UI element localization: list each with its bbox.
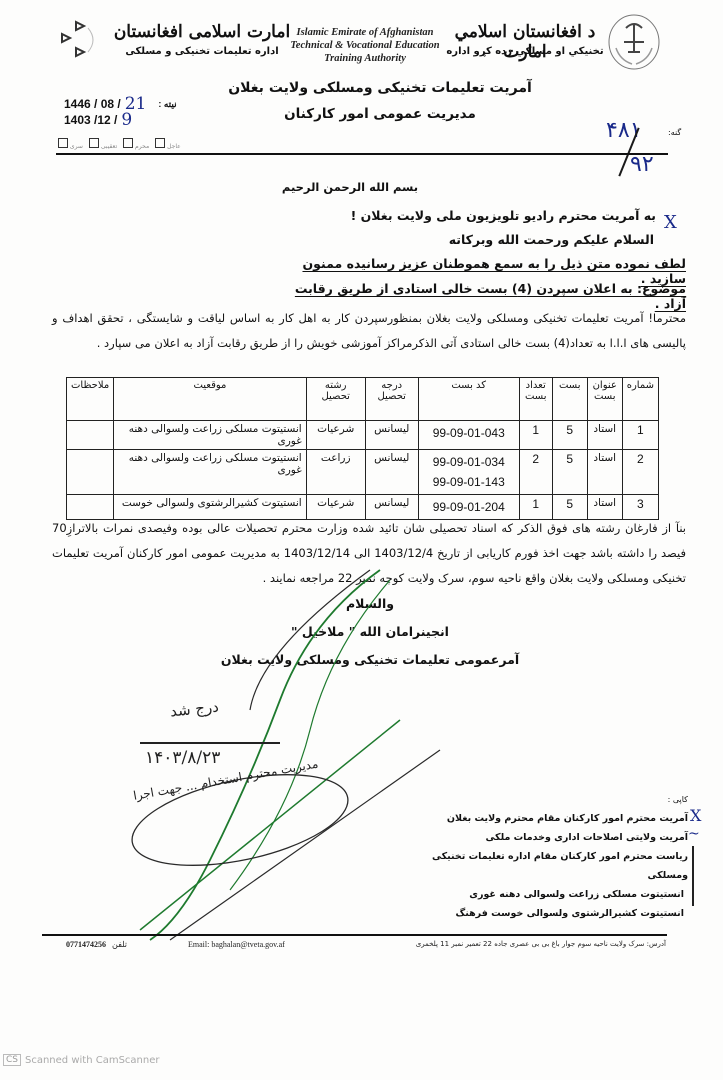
date-hijri-qamari: 1446 / 08 / xyxy=(64,96,121,112)
copy-to-item: آمریت محترم امور کارکنان مقام محترم ولای… xyxy=(398,809,688,828)
checkbox-urgent[interactable]: عاجل xyxy=(155,138,181,150)
col-field: رشته تحصیل xyxy=(306,378,365,421)
col-grade: بست xyxy=(552,378,587,421)
number-label: گنه: xyxy=(668,128,681,137)
copy-check-mark: ~ xyxy=(688,826,700,842)
copy-to-list: کاپی : آمریت محترم امور کارکنان مقام محت… xyxy=(398,790,688,923)
col-post-code: کد بست xyxy=(418,378,519,421)
intro-paragraph: محترما! آمریت تعلیمات تخنیکی ومسلکی ولای… xyxy=(52,306,686,356)
date-hijri-shamsi: 1403 /12 / xyxy=(64,112,117,128)
header-divider xyxy=(56,153,668,155)
camscanner-icon: CS xyxy=(3,1054,21,1066)
col-degree: درجه تحصیل xyxy=(365,378,418,421)
greeting: السلام علیکم ورحمت الله وبرکاته xyxy=(280,232,654,247)
date-handwritten-day-2: 9 xyxy=(121,112,132,128)
addressee: به آمریت محترم رادیو تلویزیون ملی ولایت … xyxy=(280,208,656,223)
header-right-subtitle: تخنیکي او مسلکي زده کړو اداره xyxy=(440,46,610,57)
checkbox-followup[interactable]: تعقیبی xyxy=(89,138,117,150)
date-label: نیته : xyxy=(158,96,176,112)
camscanner-watermark: CS Scanned with CamScanner xyxy=(3,1054,160,1066)
office-title: آمریت تعلیمات تخنیکی ومسلکی ولایت بغلان xyxy=(160,80,600,96)
footer-phone: 0771474256 تلفن xyxy=(66,940,127,949)
col-number: شماره xyxy=(622,378,658,421)
col-location: موقعیت xyxy=(114,378,307,421)
header-left-subtitle: اداره تعلیمات تخنیکی و مسلکی xyxy=(112,46,292,57)
vacancy-table: شماره عنوان بست بست تعداد بست کد بست درج… xyxy=(66,377,659,520)
handwritten-underline xyxy=(140,742,280,744)
letter-number-handwritten-bottom: ۹۲ xyxy=(630,152,654,177)
basmala: بسم الله الرحمن الرحیم xyxy=(200,180,500,194)
table-header-row: شماره عنوان بست بست تعداد بست کد بست درج… xyxy=(67,378,659,421)
copy-to-item: آمریت ولایتی اصلاحات اداری وخدمات ملکی xyxy=(398,828,688,847)
footer-email: Email: baghalan@tveta.gov.af xyxy=(188,940,285,949)
date-block: 1446 / 08 / 21 نیته : 1403 /12 / 9 xyxy=(64,96,177,128)
copy-to-item: انستیتوت کشیرالرشتوی ولسوالی خوست فرهنگ xyxy=(398,904,688,923)
header-left-calligraphy: امارت اسلامی افغانستان xyxy=(112,22,292,42)
checkbox-secret[interactable]: سری xyxy=(58,138,83,150)
footer-divider xyxy=(42,934,667,936)
table-row: 1 استاد 5 1 99-09-01-043 لیسانس شرعیات ا… xyxy=(67,421,659,450)
col-notes: ملاحظات xyxy=(67,378,114,421)
col-count: تعداد بست xyxy=(519,378,552,421)
checkbox-confidential[interactable]: محرم xyxy=(123,138,149,150)
handwritten-x-mark: X xyxy=(664,212,677,233)
footer-address: آدرس: سرک ولایت ناحیه سوم جوار باغ بی بی… xyxy=(360,940,666,948)
col-post-title: عنوان بست xyxy=(587,378,622,421)
table-row: 2 استاد 5 2 99-09-01-03499-09-01-143 لیس… xyxy=(67,450,659,495)
copy-to-label: کاپی : xyxy=(398,790,688,809)
copy-to-item: انستیتوت مسلکی زراعت ولسوالی دهنه غوری xyxy=(398,885,688,904)
department-title: مدیریت عمومی امور کارکنان xyxy=(160,106,600,122)
handwritten-date: ۱۴۰۳/۸/۲۳ xyxy=(145,748,220,768)
tveta-logo-left xyxy=(58,18,102,62)
copy-x-mark: X xyxy=(690,806,701,825)
copy-to-item: ریاست محترم امور کارکنان مقام اداره تعلی… xyxy=(398,847,688,885)
copy-bracket xyxy=(692,846,694,906)
priority-checkboxes: عاجل محرم تعقیبی سری xyxy=(58,138,181,150)
header-english-title: Islamic Emirate of Afghanistan Technical… xyxy=(285,26,445,65)
emirate-emblem xyxy=(606,12,662,74)
